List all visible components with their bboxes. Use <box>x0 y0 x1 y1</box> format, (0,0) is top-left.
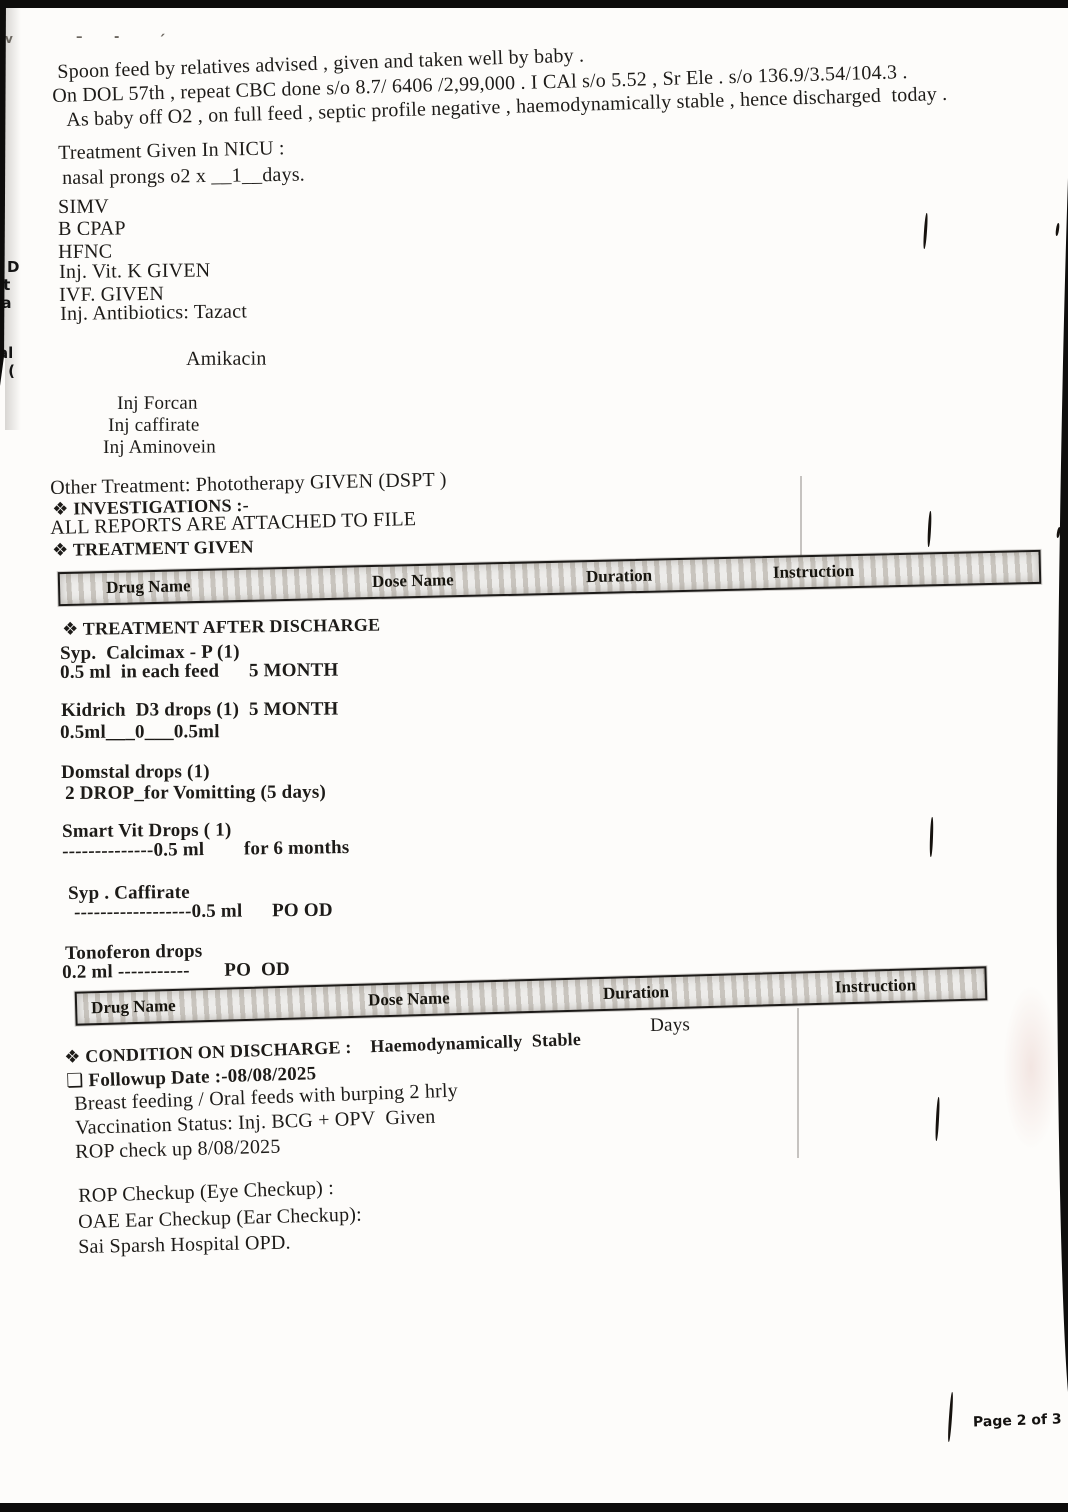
scanned-document-page: Spoon feed by relatives advised , given … <box>0 0 1068 1512</box>
stray-mark: – <box>76 30 83 45</box>
text-line: B CPAP <box>58 218 126 240</box>
pen-mark <box>923 213 929 249</box>
table-column-rule <box>800 476 802 564</box>
text-line: OAE Ear Checkup (Ear Checkup): <box>78 1205 362 1233</box>
text-line: 0.2 ml ----------- PO OD <box>62 960 290 983</box>
scan-edge-bottom <box>0 1503 1068 1512</box>
text-line: Inj. Antibiotics: Tazact <box>60 301 247 325</box>
column-instruction: Instruction <box>835 975 917 997</box>
text-line: Domstal drops (1) <box>61 762 210 783</box>
column-duration: Duration <box>603 982 670 1004</box>
text-line: Treatment Given In NICU : <box>58 138 285 164</box>
pen-mark <box>929 817 933 857</box>
text-line: 2 DROP_for Vomitting (5 days) <box>65 783 326 804</box>
pen-mark <box>947 1392 953 1442</box>
table-column-rule <box>797 1008 799 1158</box>
column-duration: Duration <box>586 566 653 587</box>
text-line: 0.5 ml in each feed 5 MONTH <box>60 661 339 683</box>
text-line: ❖ TREATMENT AFTER DISCHARGE <box>62 616 380 639</box>
text-line: Inj. Vit. K GIVEN <box>59 260 210 283</box>
pen-mark <box>927 511 932 547</box>
text-line: Inj Aminovein <box>103 437 216 458</box>
text-line: 0.5ml___0___0.5ml <box>60 722 220 743</box>
text-line: Sai Sparsh Hospital OPD. <box>78 1233 291 1258</box>
text-line: --------------0.5 ml for 6 months <box>62 838 350 862</box>
text-line: ❖ CONDITION ON DISCHARGE : Haemodynamica… <box>64 1030 581 1067</box>
text-line: Kidrich D3 drops (1) 5 MONTH <box>61 700 339 721</box>
margin-text-fragment: D <box>7 258 19 276</box>
column-drug-name: Drug Name <box>91 996 176 1018</box>
text-line: ------------------0.5 ml PO OD <box>74 901 333 923</box>
stray-mark: - <box>114 30 119 45</box>
stray-mark: v <box>5 32 13 46</box>
text-line: Inj Forcan <box>117 394 198 414</box>
pen-mark <box>935 1097 940 1141</box>
text-line: SIMV <box>58 197 109 218</box>
text-line: Inj caffirate <box>108 416 199 436</box>
scan-edge-right <box>1048 0 1068 1512</box>
text-line: Amikacin <box>186 349 267 370</box>
text-line: ROP Checkup (Eye Checkup) : <box>78 1178 334 1207</box>
treatment-given-table-header: Drug Name Dose Name Duration Instruction <box>58 550 1042 606</box>
text-line: Days <box>650 1015 690 1036</box>
text-line: nasal prongs o2 x __1__days. <box>62 165 305 189</box>
column-dose-name: Dose Name <box>372 570 454 592</box>
column-dose-name: Dose Name <box>368 988 450 1010</box>
text-line: ROP check up 8/08/2025 <box>75 1137 281 1163</box>
scan-edge-top <box>0 0 1068 8</box>
text-line: ❖ TREATMENT GIVEN <box>52 537 254 559</box>
column-drug-name: Drug Name <box>106 576 191 598</box>
column-instruction: Instruction <box>773 561 855 583</box>
stray-mark: ´ <box>158 32 166 50</box>
